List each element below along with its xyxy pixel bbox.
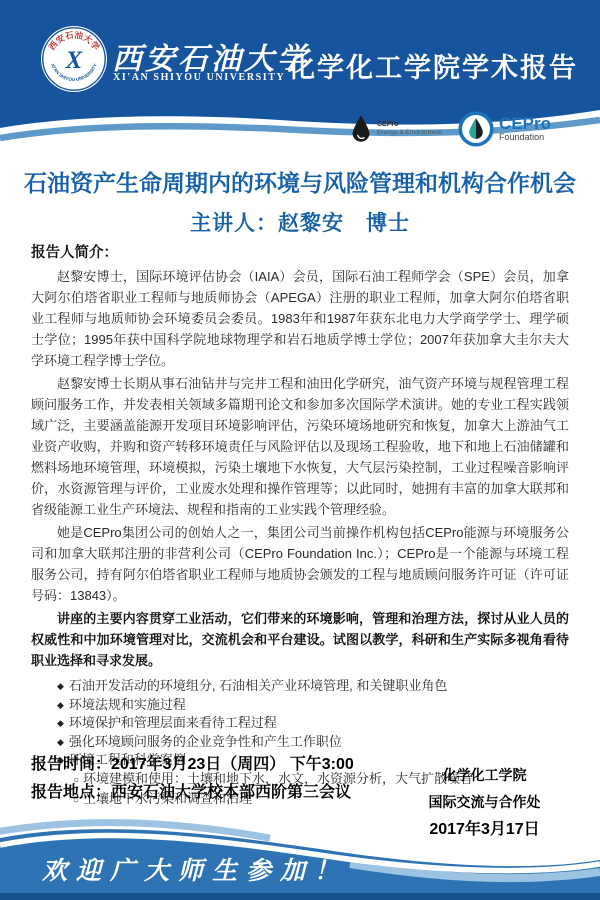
report-time: 报告时间：2017年3月23日（周四） 下午3:00 <box>31 751 354 779</box>
cepro-foundation-tagline: Foundation <box>499 132 551 142</box>
signoff-org1: 化学化工学院 <box>387 762 582 789</box>
list-item: ◆环境保护和管理层面来看待工程过程 <box>57 714 569 733</box>
speaker-line: 主讲人：赵黎安 博士 <box>0 207 600 237</box>
list-item: ◆强化环境顾问服务的企业竞争性和产生工作职位 <box>57 733 569 752</box>
diamond-bullet-icon: ◆ <box>57 681 64 691</box>
schedule-block: 报告时间：2017年3月23日（周四） 下午3:00 报告地点：西安石油大学校本… <box>31 751 354 807</box>
lecture-summary: 讲座的主要内容贯穿工业活动，它们带来的环境影响，管理和治理方法，探讨从业人员的权… <box>31 608 569 671</box>
bio-paragraph: 赵黎安博士长期从事石油钻井与完井工程和油田化学研究，油气资产环境与规程管理工程顾… <box>31 373 569 520</box>
header-band: 西安石油大学 XI'AN SHIYOU UNIVERSITY X 西安石油大学 … <box>0 0 600 96</box>
department-report-title: 化学化工学院学术报告 <box>288 46 578 85</box>
topic-text: 石油开发活动的环境组分, 石油相关产业环境管理, 和关键职业角色 <box>69 678 447 693</box>
cepro-energy-tagline: Energy & Environment <box>377 129 442 137</box>
bio-section: 报告人简介： 赵黎安博士，国际环境评估协会（IAIA）会员，国际石油工程师学会（… <box>31 242 569 811</box>
topic-text: 环境法规和实施过程 <box>69 697 186 712</box>
topic-text: 环境保护和管理层面来看待工程过程 <box>69 715 277 730</box>
drop-circle-icon <box>458 111 494 147</box>
welcome-message: 欢迎广大师生参加！ <box>42 851 348 887</box>
list-item: ◆环境法规和实施过程 <box>57 696 569 715</box>
oil-drop-icon <box>350 114 372 144</box>
diamond-bullet-icon: ◆ <box>57 718 64 728</box>
cepro-foundation-logo: CEPro Foundation <box>458 111 551 147</box>
bio-paragraph: 赵黎安博士，国际环境评估协会（IAIA）会员，国际石油工程师学会（SPE）会员，… <box>31 266 569 371</box>
seal-monogram: X <box>65 47 84 74</box>
report-place: 报告地点：西安石油大学校本部西阶第三会议 <box>31 779 354 807</box>
university-seal-logo: 西安石油大学 XI'AN SHIYOU UNIVERSITY X <box>40 25 108 93</box>
cepro-foundation-name: CEPro <box>499 116 551 132</box>
bio-paragraph: 她是CEPro集团公司的创始人之一，集团公司当前操作机构包括CEPro能源与环境… <box>31 522 569 606</box>
cepro-energy-logo: CEPro Energy & Environment <box>350 114 442 144</box>
topic-text: 强化环境顾问服务的企业竞争性和产生工作职位 <box>69 734 342 749</box>
partner-logos: CEPro Energy & Environment CEPro Foundat… <box>350 111 551 147</box>
diamond-bullet-icon: ◆ <box>57 737 64 747</box>
bio-label: 报告人简介： <box>31 242 569 264</box>
list-item: ◆石油开发活动的环境组分, 石油相关产业环境管理, 和关键职业角色 <box>57 677 569 696</box>
diamond-bullet-icon: ◆ <box>57 700 64 710</box>
lecture-title: 石油资产生命周期内的环境与风险管理和机构合作机会 <box>0 165 600 198</box>
university-name-en: XI'AN SHIYOU UNIVERSITY <box>113 72 285 83</box>
cepro-energy-name: CEPro <box>377 121 442 129</box>
